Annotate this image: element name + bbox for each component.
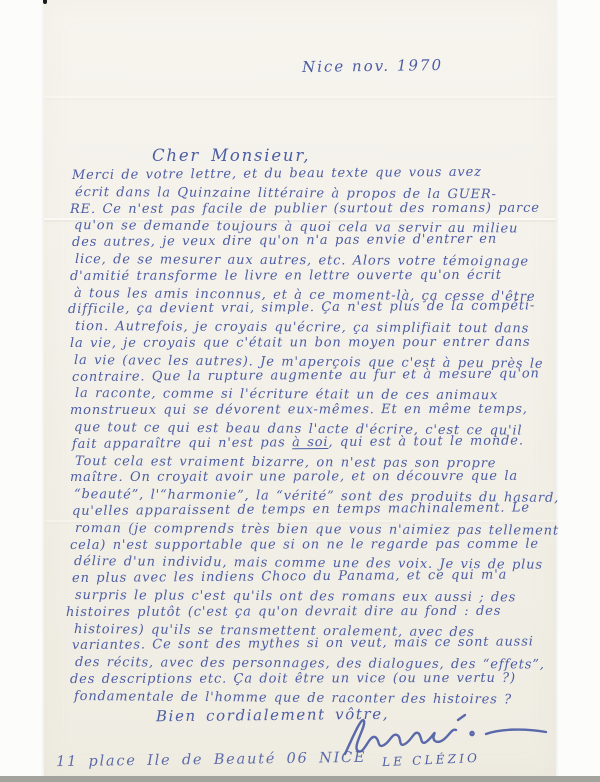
sender-address: 11 place Ile de Beauté 06 NICE	[56, 750, 367, 770]
handwritten-line: la vie, je croyais que c'était un bon mo…	[70, 335, 556, 353]
letter-date: Nice nov. 1970	[302, 56, 443, 76]
scan-edge	[0, 776, 600, 782]
scan-artifact	[43, 0, 47, 4]
scanned-letter: Nice nov. 1970 Cher Monsieur, Merci de v…	[0, 0, 600, 782]
signature-name: LE CLÉZIO	[382, 751, 481, 769]
handwritten-line: difficile, ça devient vrai, simple. Ça n…	[68, 299, 556, 320]
handwritten-line: Merci de votre lettre, et du beau texte …	[72, 164, 556, 185]
handwritten-line: fait apparaître qui n'est pas à soi, qui…	[72, 433, 556, 454]
handwritten-line: maître. On croyait avoir une parole, et …	[70, 469, 556, 487]
letter-body: Merci de votre lettre, et du beau texte …	[72, 168, 556, 706]
handwritten-line: en plus avec les indiens Choco du Panama…	[72, 567, 556, 588]
handwritten-line: cela) n'est supportable que si on ne le …	[70, 536, 556, 554]
handwritten-line: RE. Ce n'est pas facile de publier (surt…	[70, 200, 556, 218]
letter-paper: Nice nov. 1970 Cher Monsieur, Merci de v…	[44, 0, 556, 776]
handwritten-line: qu'elles apparaissent de temps en temps …	[72, 500, 556, 521]
letter-salutation: Cher Monsieur,	[152, 146, 310, 165]
handwritten-line: contraire. Que la rupture augmente au fu…	[72, 366, 556, 387]
handwritten-line: d'amitié transforme le livre en lettre o…	[70, 268, 556, 286]
handwritten-line: variantes. Ce sont des mythes si on veut…	[72, 635, 556, 656]
handwritten-line: histoires plutôt (c'est ça qu'on devrait…	[66, 603, 556, 621]
fold-crease	[44, 96, 556, 98]
handwritten-line: monstrueux qui se dévorent eux-mêmes. Et…	[70, 402, 556, 420]
handwritten-line: des autres, je veux dire qu'on n'a pas e…	[72, 231, 556, 252]
handwritten-line: des descriptions etc. Ça doit être un vi…	[70, 671, 556, 689]
